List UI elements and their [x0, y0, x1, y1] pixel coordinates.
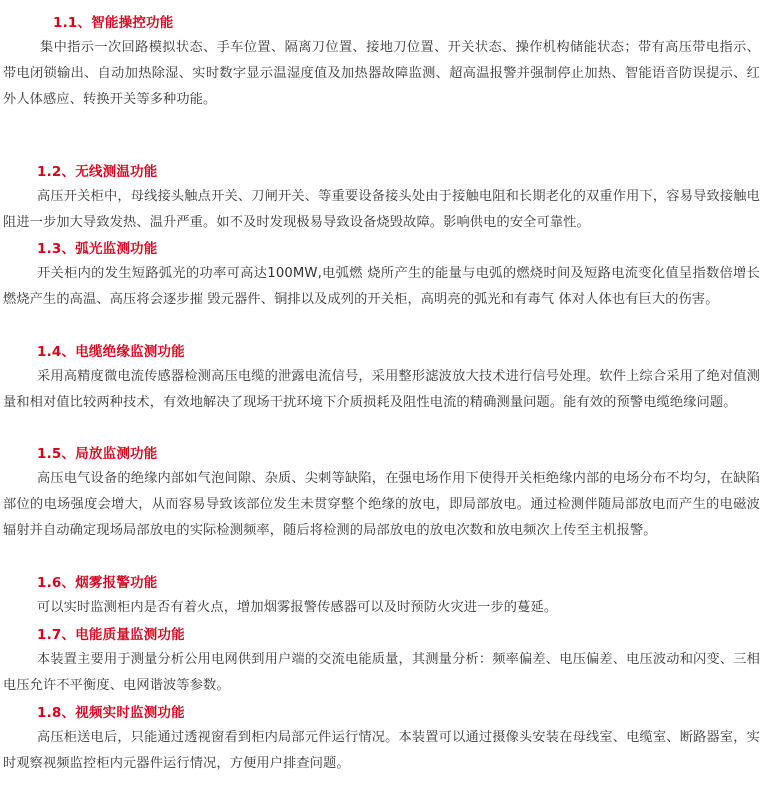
section-body-1-6: 可以实时监测柜内是否有着火点，增加烟雾报警传感器可以及时预防火灾进一步的蔓延。: [3, 595, 760, 621]
section-heading-1-7: 1.7、电能质量监测功能: [37, 625, 185, 645]
section-heading-1-6: 1.6、烟雾报警功能: [37, 573, 157, 593]
section-heading-1-1: 1.1、智能操控功能: [53, 13, 173, 33]
section-body-1-5: 高压电气设备的绝缘内部如气泡间隙、杂质、尖刺等缺陷，在强电场作用下使得开关柜绝缘…: [3, 466, 760, 544]
section-body-1-2: 高压开关柜中，母线接头触点开关、刀闸开关、等重要设备接头处由于接触电阻和长期老化…: [3, 184, 760, 236]
section-heading-1-5: 1.5、局放监测功能: [37, 444, 157, 464]
section-heading-1-3: 1.3、弧光监测功能: [37, 239, 157, 259]
section-heading-1-2: 1.2、无线测温功能: [37, 162, 157, 182]
section-body-1-3: 开关柜内的发生短路弧光的功率可高达100MW,电弧燃 烧所产生的能量与电弧的燃烧…: [3, 261, 760, 313]
section-body-1-1: 集中指示一次回路模拟状态、手车位置、隔离刀位置、接地刀位置、开关状态、操作机构储…: [3, 35, 760, 113]
section-body-1-7: 本装置主要用于测量分析公用电网供到用户端的交流电能质量，其测量分析：频率偏差、电…: [3, 647, 760, 699]
section-heading-1-4: 1.4、电缆绝缘监测功能: [37, 342, 185, 362]
section-heading-1-8: 1.8、视频实时监测功能: [37, 703, 185, 723]
section-body-1-8: 高压柜送电后，只能通过透视窗看到柜内局部元件运行情况。本装置可以通过摄像头安装在…: [3, 725, 760, 777]
section-body-1-4: 采用高精度微电流传感器检测高压电缆的泄露电流信号，采用整形滤波放大技术进行信号处…: [3, 364, 760, 416]
